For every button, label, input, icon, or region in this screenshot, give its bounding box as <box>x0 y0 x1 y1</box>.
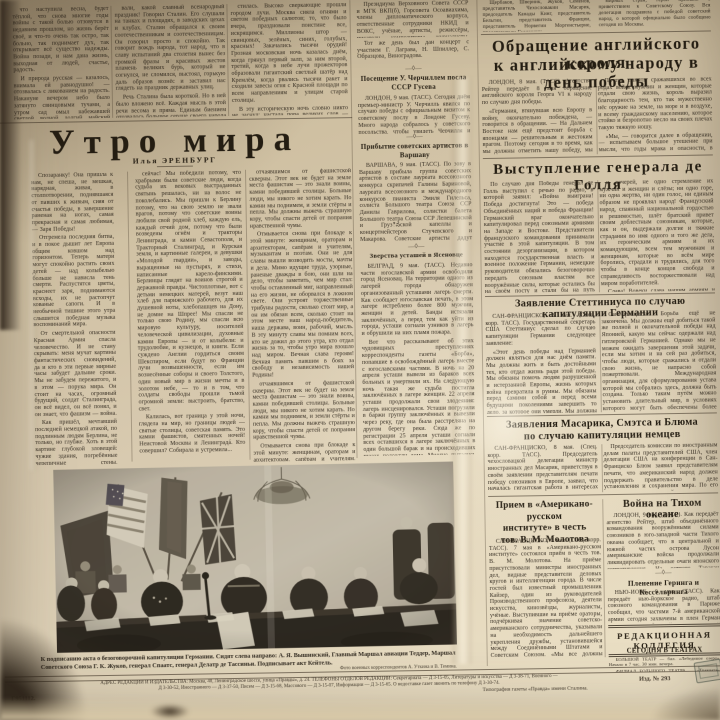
page-content: что наступила весна, будет тёплой, что с… <box>0 0 720 720</box>
top-article-column: стилась. Высоко сверкающие прошли городо… <box>230 2 348 116</box>
top-article-column: вали, какой славный всенародный праздник… <box>114 4 226 118</box>
pacific-war-body: ЛОНДОН, 9 мая. (ТАСС). Как передаёт аген… <box>606 511 719 569</box>
photo-illustration <box>53 462 457 653</box>
bottom-shadow-blob <box>150 704 190 719</box>
right-top-column: мирных стран, герои прибыли с приветстви… <box>598 0 710 30</box>
top-article-column: что наступила весна, будет тёплой, что с… <box>12 6 110 119</box>
section-divider-ornament: —◊— <box>357 64 469 73</box>
utro-mira-column: отчаявшимся от фашистской скверны. Этот … <box>249 168 356 462</box>
section-divider-ornament: —◊— <box>607 568 719 577</box>
masaryk-column: Председатель комиссии по иностранным дел… <box>603 442 718 492</box>
column-rule <box>226 4 229 116</box>
degaulle-column: и дочерей, не одно стремление их мужчин … <box>599 178 715 292</box>
molotov-reception-body: САН-ФРАНЦИСКО, 8 мая. (Спец. корр. ТАСС)… <box>489 537 603 659</box>
utro-mira-column: сейчас! Мы победили потому, что храбрыми… <box>135 170 246 464</box>
column-rule <box>602 499 605 657</box>
column-rule <box>127 172 133 462</box>
newspaper-sheet: что наступила весна, будет тёплой, что с… <box>0 0 720 720</box>
king-address-column: ЛОНДОН, 8 мая. (ТАСС). Агентство Рейтер … <box>482 78 593 156</box>
reception-line2: институте» в честь <box>503 522 587 533</box>
mid-column-article-end: Президиума Верховного Совета СССР и МГК … <box>356 0 469 38</box>
corner-shadow-bottom-right <box>650 686 720 720</box>
stettinius-column: Сан-Франциско. Борьба ещё не закончена. … <box>601 310 717 412</box>
king-address-column: Почтив память сражавшихся во всех родах … <box>598 76 713 154</box>
degaulle-column: По случаю дня Победы генерал де Голль вы… <box>483 180 595 294</box>
capitulation-signing-photo <box>53 462 457 653</box>
sepia-wash <box>53 462 457 653</box>
page-fold-crease <box>452 78 472 664</box>
newspaper-photo-page: что наступила весна, будет тёплой, что с… <box>0 0 720 720</box>
left-crease <box>30 140 36 470</box>
right-top-column: Щербаков, Шверник, Жуков, Семёнов, предс… <box>482 0 590 32</box>
column-rule <box>110 6 113 118</box>
goering-capture-body: НЬЮ-ЙОРК, 9 мая. (ТАСС). Как передаёт нь… <box>608 588 720 624</box>
paper-shine <box>462 372 548 476</box>
reception-line1: Прием в «Американо-русском <box>496 499 593 522</box>
blurred-bottom-edge <box>0 698 720 720</box>
ink-stamp <box>693 659 720 684</box>
paper-edge-shadow-left <box>0 0 24 330</box>
byline-rule <box>157 166 193 168</box>
mid-column-concert-note: Тот же день был дан концерт с участием Г… <box>357 39 469 65</box>
utro-mira-column: Спозаранку! Она пришла к нам, не спеша, … <box>31 172 118 465</box>
